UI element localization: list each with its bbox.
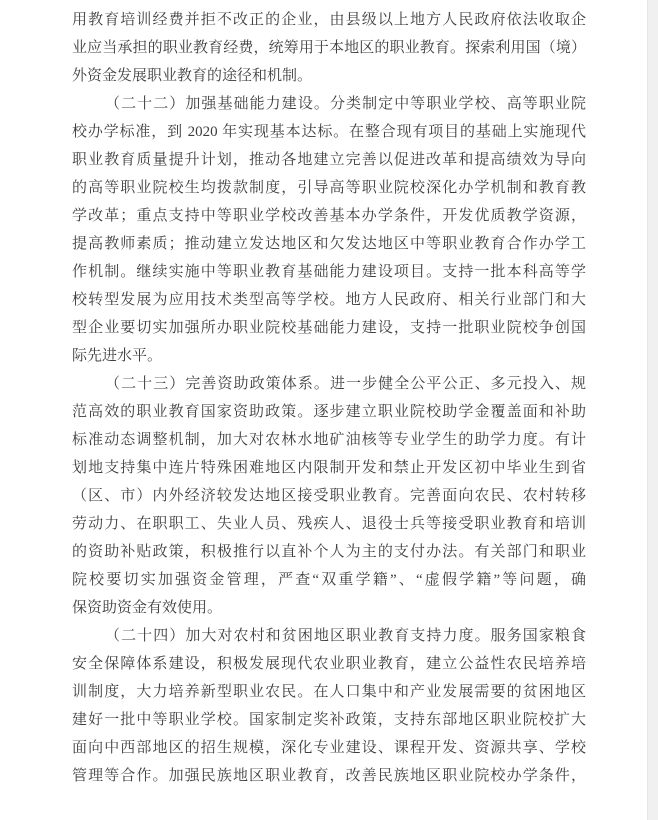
text-line: 作机制。继续实施中等职业教育基础能力建设项目。支持一批本科高等学 [72, 258, 586, 286]
text-line: 院校要切实加强资金管理，严查“双重学籍”、“虚假学籍”等问题，确 [72, 566, 586, 594]
text-line: 保资助资金有效使用。 [72, 594, 586, 622]
document-text-block: 用教育培训经费并拒不改正的企业，由县级以上地方人民政府依法收取企业应当承担的职业… [72, 6, 586, 790]
text-line: 用教育培训经费并拒不改正的企业，由县级以上地方人民政府依法收取企 [72, 6, 586, 34]
para-section-22: （二十二）加强基础能力建设。分类制定中等职业学校、高等职业院校办学标准，到 20… [72, 90, 586, 370]
text-line: 劳动力、在职职工、失业人员、残疾人、退役士兵等接受职业教育和培训 [72, 510, 586, 538]
text-line: （二十四）加大对农村和贫困地区职业教育支持力度。服务国家粮食 [72, 622, 586, 650]
page-right-edge-shadow [647, 0, 658, 820]
para-section-23: （二十三）完善资助政策体系。进一步健全公平公正、多元投入、规范高效的职业教育国家… [72, 370, 586, 622]
text-line: 学改革；重点支持中等职业学校改善基本办学条件，开发优质教学资源， [72, 202, 586, 230]
text-line: 的高等职业院校生均拨款制度，引导高等职业院校深化办学机制和教育教 [72, 174, 586, 202]
text-line: 职业教育质量提升计划，推动各地建立完善以促进改革和提高绩效为导向 [72, 146, 586, 174]
text-line: 标准动态调整机制，加大对农林水地矿油核等专业学生的助学力度。有计 [72, 426, 586, 454]
text-line: 面向中西部地区的招生规模，深化专业建设、课程开发、资源共享、学校 [72, 734, 586, 762]
text-line: 训制度，大力培养新型职业农民。在人口集中和产业发展需要的贫困地区 [72, 678, 586, 706]
text-line: 的资助补贴政策，积极推行以直补个人为主的支付办法。有关部门和职业 [72, 538, 586, 566]
document-page: 用教育培训经费并拒不改正的企业，由县级以上地方人民政府依法收取企业应当承担的职业… [0, 0, 658, 820]
text-line: 范高效的职业教育国家资助政策。逐步建立职业院校助学金覆盖面和补助 [72, 398, 586, 426]
text-line: 校转型发展为应用技术类型高等学校。地方人民政府、相关行业部门和大 [72, 286, 586, 314]
text-line: 校办学标准，到 2020 年实现基本达标。在整合现有项目的基础上实施现代 [72, 118, 586, 146]
text-line: 管理等合作。加强民族地区职业教育，改善民族地区职业院校办学条件， [72, 762, 586, 790]
text-line: 建好一批中等职业学校。国家制定奖补政策，支持东部地区职业院校扩大 [72, 706, 586, 734]
text-line: （区、市）内外经济较发达地区接受职业教育。完善面向农民、农村转移 [72, 482, 586, 510]
text-line: 安全保障体系建设，积极发展现代农业职业教育，建立公益性农民培养培 [72, 650, 586, 678]
text-line: （二十三）完善资助政策体系。进一步健全公平公正、多元投入、规 [72, 370, 586, 398]
text-line: 外资金发展职业教育的途径和机制。 [72, 62, 586, 90]
text-line: 业应当承担的职业教育经费，统筹用于本地区的职业教育。探索利用国（境） [72, 34, 586, 62]
text-line: 型企业要切实加强所办职业院校基础能力建设，支持一批职业院校争创国 [72, 314, 586, 342]
text-line: （二十二）加强基础能力建设。分类制定中等职业学校、高等职业院 [72, 90, 586, 118]
text-line: 提高教师素质；推动建立发达地区和欠发达地区中等职业教育合作办学工 [72, 230, 586, 258]
text-line: 划地支持集中连片特殊困难地区内限制开发和禁止开发区初中毕业生到省 [72, 454, 586, 482]
text-line: 际先进水平。 [72, 342, 586, 370]
para-continuation: 用教育培训经费并拒不改正的企业，由县级以上地方人民政府依法收取企业应当承担的职业… [72, 6, 586, 90]
para-section-24: （二十四）加大对农村和贫困地区职业教育支持力度。服务国家粮食安全保障体系建设，积… [72, 622, 586, 790]
